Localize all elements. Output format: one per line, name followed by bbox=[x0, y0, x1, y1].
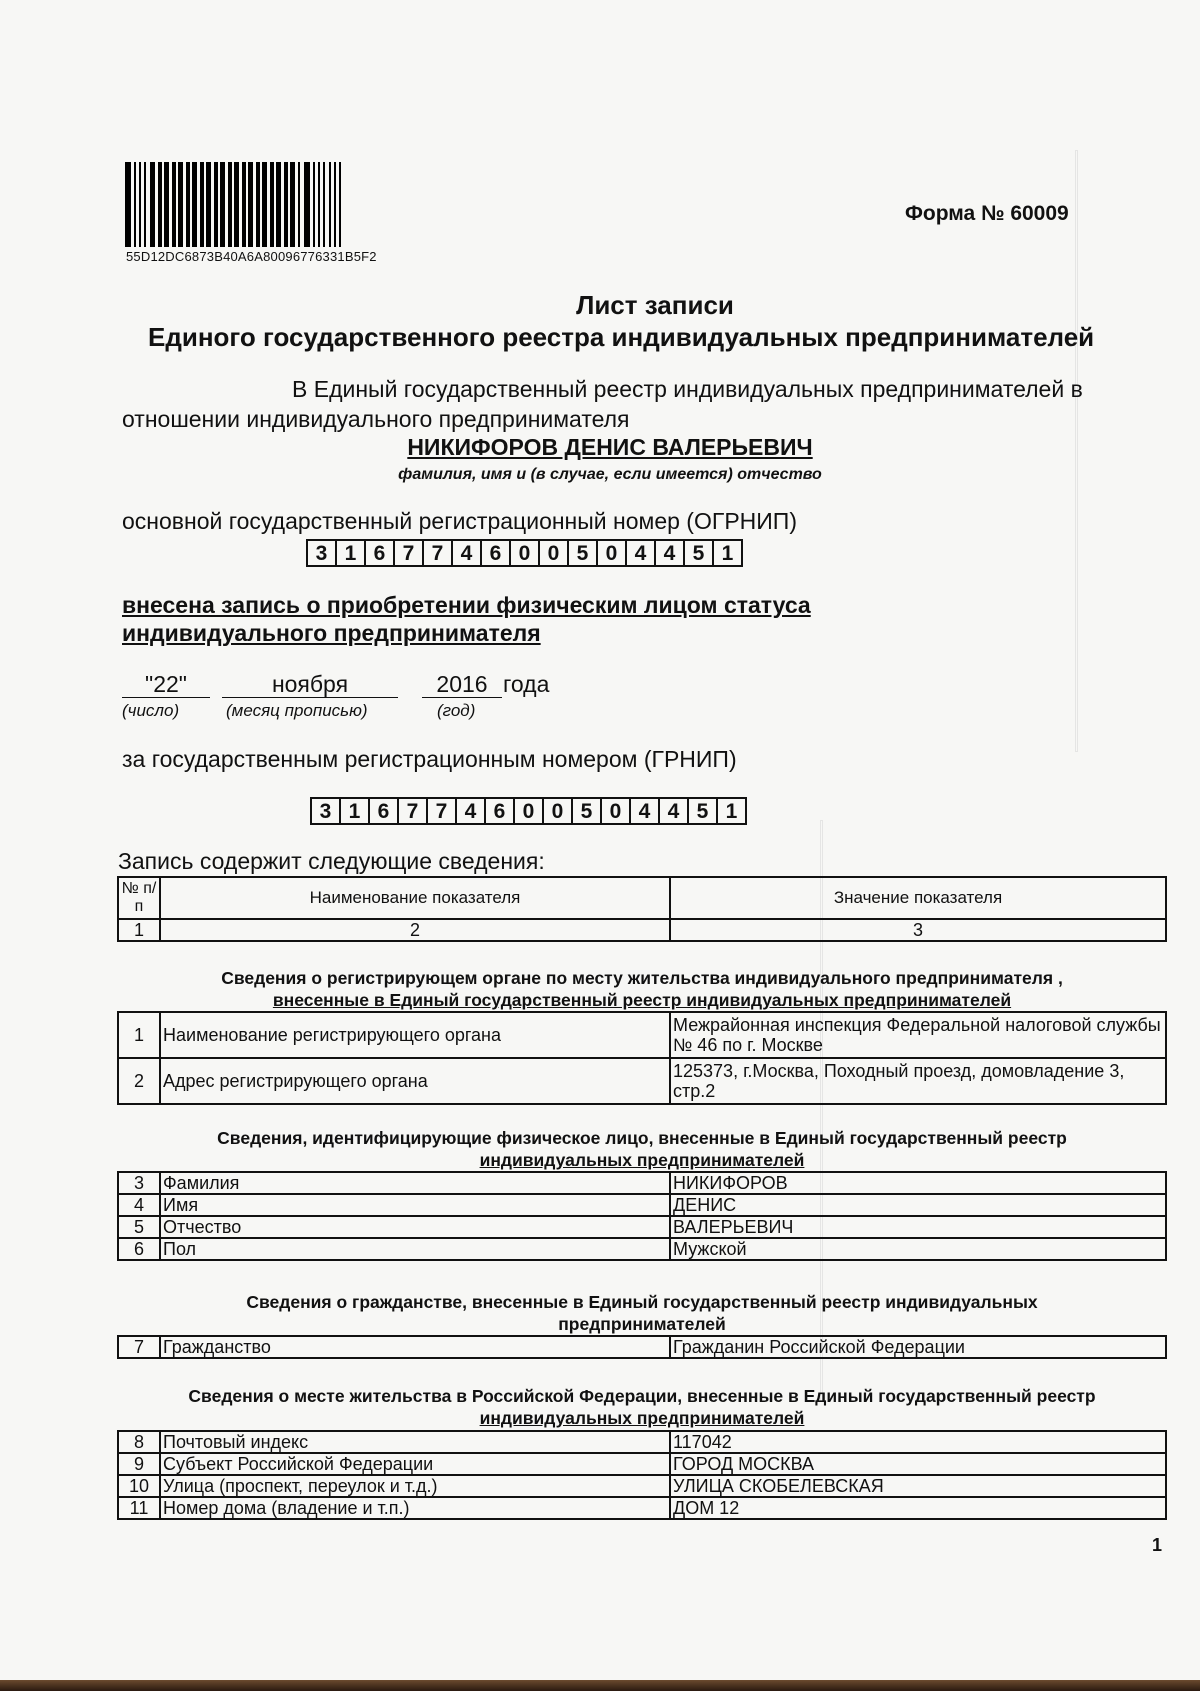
ogrnip-label: основной государственный регистрационный… bbox=[122, 508, 797, 535]
col-index-2: 2 bbox=[160, 919, 670, 941]
digit-cell: 1 bbox=[341, 799, 370, 823]
table-index-row: 1 2 3 bbox=[118, 919, 1166, 941]
row-name: Наименование регистрирующего органа bbox=[160, 1012, 670, 1058]
digit-cell: 0 bbox=[544, 799, 573, 823]
row-value: 117042 bbox=[670, 1431, 1166, 1453]
row-value: ВАЛЕРЬЕВИЧ bbox=[670, 1216, 1166, 1238]
document-subtitle: Единого государственного реестра индивид… bbox=[148, 322, 1094, 353]
section-title-person-identification: Сведения, идентифицирующие физическое ли… bbox=[117, 1127, 1167, 1171]
row-number: 3 bbox=[118, 1172, 160, 1194]
digit-cell: 7 bbox=[399, 799, 428, 823]
page-number: 1 bbox=[1152, 1535, 1162, 1556]
section-title-line: Сведения о регистрирующем органе по мест… bbox=[117, 967, 1167, 989]
row-name: Адрес регистрирующего органа bbox=[160, 1058, 670, 1104]
citizenship-table: 7 Гражданство Гражданин Российской Федер… bbox=[117, 1335, 1167, 1359]
row-name: Номер дома (владение и т.п.) bbox=[160, 1497, 670, 1519]
digit-cell: 4 bbox=[627, 541, 656, 565]
digit-cell: 5 bbox=[689, 799, 718, 823]
row-value: НИКИФОРОВ bbox=[670, 1172, 1166, 1194]
table-row: 3 Фамилия НИКИФОРОВ bbox=[118, 1172, 1166, 1194]
digit-cell: 1 bbox=[718, 799, 745, 823]
table-row: 7 Гражданство Гражданин Российской Федер… bbox=[118, 1336, 1166, 1358]
row-name: Пол bbox=[160, 1238, 670, 1260]
digit-cell: 4 bbox=[631, 799, 660, 823]
digit-cell: 4 bbox=[457, 799, 486, 823]
row-value: 125373, г.Москва, Походный проезд, домов… bbox=[670, 1058, 1166, 1104]
entrepreneur-name: НИКИФОРОВ ДЕНИС ВАЛЕРЬЕВИЧ bbox=[0, 434, 1200, 461]
ogrnip-number: 3 1 6 7 7 4 6 0 0 5 0 4 4 5 1 bbox=[306, 539, 743, 567]
entry-statement-line1: внесена запись о приобретении физическим… bbox=[122, 592, 811, 619]
row-name: Фамилия bbox=[160, 1172, 670, 1194]
row-value: Гражданин Российской Федерации bbox=[670, 1336, 1166, 1358]
digit-cell: 1 bbox=[337, 541, 366, 565]
date-year: 2016 bbox=[422, 671, 502, 698]
month-caption: (месяц прописью) bbox=[226, 701, 368, 721]
row-number: 2 bbox=[118, 1058, 160, 1104]
registering-authority-table: 1 Наименование регистрирующего органа Ме… bbox=[117, 1011, 1167, 1105]
digit-cell: 0 bbox=[515, 799, 544, 823]
col-value-header: Значение показателя bbox=[670, 877, 1166, 919]
digit-cell: 6 bbox=[366, 541, 395, 565]
section-title-line: Сведения, идентифицирующие физическое ли… bbox=[117, 1127, 1167, 1149]
barcode-code: 55D12DC6873B40A6A80096776331B5F2 bbox=[126, 249, 377, 264]
row-number: 4 bbox=[118, 1194, 160, 1216]
day-caption: (число) bbox=[122, 701, 179, 721]
row-name: Почтовый индекс bbox=[160, 1431, 670, 1453]
year-word: года bbox=[503, 671, 549, 698]
row-value: УЛИЦА СКОБЕЛЕВСКАЯ bbox=[670, 1475, 1166, 1497]
section-title-line: Сведения о гражданстве, внесенные в Един… bbox=[117, 1291, 1167, 1313]
row-number: 11 bbox=[118, 1497, 160, 1519]
barcode-image bbox=[125, 162, 400, 247]
digit-cell: 0 bbox=[602, 799, 631, 823]
person-identification-table: 3 Фамилия НИКИФОРОВ 4 Имя ДЕНИС 5 Отчест… bbox=[117, 1171, 1167, 1261]
table-header-row: № п/п Наименование показателя Значение п… bbox=[118, 877, 1166, 919]
date-month: ноября bbox=[222, 671, 398, 698]
intro-text-line1: В Единый государственный реестр индивиду… bbox=[292, 376, 1083, 403]
table-row: 11 Номер дома (владение и т.п.) ДОМ 12 bbox=[118, 1497, 1166, 1519]
entry-statement-line2: индивидуального предпринимателя bbox=[122, 620, 541, 647]
digit-cell: 0 bbox=[598, 541, 627, 565]
row-number: 10 bbox=[118, 1475, 160, 1497]
digit-cell: 0 bbox=[540, 541, 569, 565]
residence-table: 8 Почтовый индекс 117042 9 Субъект Росси… bbox=[117, 1430, 1167, 1520]
section-title-residence: Сведения о месте жительства в Российской… bbox=[117, 1385, 1167, 1429]
columns-header-table: № п/п Наименование показателя Значение п… bbox=[117, 876, 1167, 942]
row-number: 6 bbox=[118, 1238, 160, 1260]
row-name: Отчество bbox=[160, 1216, 670, 1238]
section-title-registering-authority: Сведения о регистрирующем органе по мест… bbox=[117, 967, 1167, 1011]
section-title-line: индивидуальных предпринимателей bbox=[117, 1149, 1167, 1171]
digit-cell: 6 bbox=[482, 541, 511, 565]
table-row: 9 Субъект Российской Федерации ГОРОД МОС… bbox=[118, 1453, 1166, 1475]
row-number: 1 bbox=[118, 1012, 160, 1058]
digit-cell: 3 bbox=[308, 541, 337, 565]
col-index-1: 1 bbox=[118, 919, 160, 941]
row-name: Улица (проспект, переулок и т.д.) bbox=[160, 1475, 670, 1497]
digit-cell: 0 bbox=[511, 541, 540, 565]
digit-cell: 4 bbox=[453, 541, 482, 565]
digit-cell: 4 bbox=[660, 799, 689, 823]
name-caption: фамилия, имя и (в случае, если имеется) … bbox=[0, 466, 1200, 484]
digit-cell: 4 bbox=[656, 541, 685, 565]
table-row: 4 Имя ДЕНИС bbox=[118, 1194, 1166, 1216]
digit-cell: 6 bbox=[370, 799, 399, 823]
col-number-header: № п/п bbox=[118, 877, 160, 919]
digit-cell: 5 bbox=[573, 799, 602, 823]
document-page: 55D12DC6873B40A6A80096776331B5F2 Форма №… bbox=[0, 0, 1200, 1680]
row-number: 7 bbox=[118, 1336, 160, 1358]
contents-label: Запись содержит следующие сведения: bbox=[118, 848, 545, 875]
digit-cell: 1 bbox=[714, 541, 741, 565]
date-day: "22" bbox=[122, 671, 210, 698]
table-row: 2 Адрес регистрирующего органа 125373, г… bbox=[118, 1058, 1166, 1104]
col-name-header: Наименование показателя bbox=[160, 877, 670, 919]
section-title-line: индивидуальных предпринимателей bbox=[117, 1407, 1167, 1429]
row-name: Имя bbox=[160, 1194, 670, 1216]
table-row: 5 Отчество ВАЛЕРЬЕВИЧ bbox=[118, 1216, 1166, 1238]
row-value: ГОРОД МОСКВА bbox=[670, 1453, 1166, 1475]
table-row: 1 Наименование регистрирующего органа Ме… bbox=[118, 1012, 1166, 1058]
row-number: 8 bbox=[118, 1431, 160, 1453]
digit-cell: 7 bbox=[395, 541, 424, 565]
row-value: Межрайонная инспекция Федеральной налого… bbox=[670, 1012, 1166, 1058]
barcode-matrix bbox=[150, 162, 300, 247]
digit-cell: 5 bbox=[685, 541, 714, 565]
section-title-citizenship: Сведения о гражданстве, внесенные в Един… bbox=[117, 1291, 1167, 1335]
grnip-label: за государственным регистрационным номер… bbox=[122, 746, 737, 773]
section-title-line: Сведения о месте жительства в Российской… bbox=[117, 1385, 1167, 1407]
digit-cell: 7 bbox=[428, 799, 457, 823]
scan-bottom-edge bbox=[0, 1680, 1200, 1691]
table-row: 6 Пол Мужской bbox=[118, 1238, 1166, 1260]
digit-cell: 6 bbox=[486, 799, 515, 823]
intro-text-line2: отношении индивидуального предпринимател… bbox=[122, 406, 630, 433]
row-value: Мужской bbox=[670, 1238, 1166, 1260]
row-value: ДЕНИС bbox=[670, 1194, 1166, 1216]
row-number: 9 bbox=[118, 1453, 160, 1475]
form-number: Форма № 60009 bbox=[905, 202, 1069, 226]
digit-cell: 3 bbox=[312, 799, 341, 823]
grnip-number: 3 1 6 7 7 4 6 0 0 5 0 4 4 5 1 bbox=[310, 797, 747, 825]
row-name: Субъект Российской Федерации bbox=[160, 1453, 670, 1475]
section-title-line: внесенные в Единый государственный реест… bbox=[117, 989, 1167, 1011]
table-row: 10 Улица (проспект, переулок и т.д.) УЛИ… bbox=[118, 1475, 1166, 1497]
document-title: Лист записи bbox=[0, 290, 1200, 321]
row-name: Гражданство bbox=[160, 1336, 670, 1358]
row-number: 5 bbox=[118, 1216, 160, 1238]
table-row: 8 Почтовый индекс 117042 bbox=[118, 1431, 1166, 1453]
section-title-line: предпринимателей bbox=[117, 1313, 1167, 1335]
digit-cell: 5 bbox=[569, 541, 598, 565]
col-index-3: 3 bbox=[670, 919, 1166, 941]
row-value: ДОМ 12 bbox=[670, 1497, 1166, 1519]
year-caption: (год) bbox=[437, 701, 475, 721]
digit-cell: 7 bbox=[424, 541, 453, 565]
